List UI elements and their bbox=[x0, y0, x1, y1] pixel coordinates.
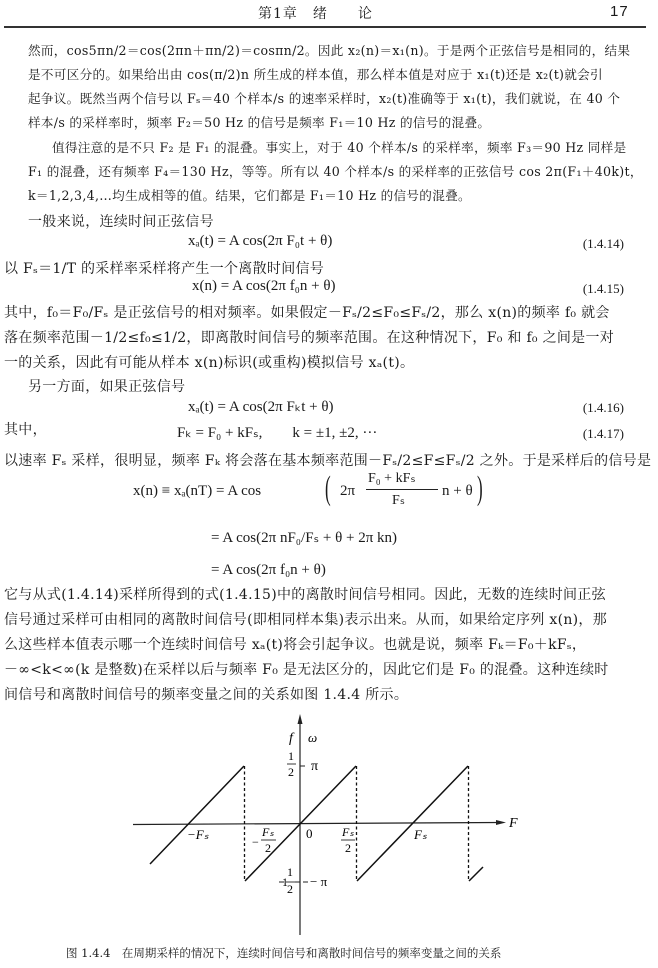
svg-text:2: 2 bbox=[288, 765, 294, 779]
text-line: 一的关系，因此有可能从样本 x(n)标识(或重构)模拟信号 xₐ(t)。 bbox=[4, 352, 414, 372]
equation-number: (1.4.17) bbox=[583, 426, 624, 442]
svg-text:2: 2 bbox=[265, 841, 271, 855]
text-line: 落在频率范围－1/2≤f₀≤1/2，即离散时间信号的频率范围。在这种情况下，F₀… bbox=[4, 327, 614, 347]
header-rule bbox=[4, 26, 646, 28]
equation-1-4-17: Fₖ = F₀ + kFₛ, k = ±1, ±2, ··· bbox=[177, 423, 377, 442]
derivation-line-3: = A cos(2π f₀n + θ) bbox=[211, 562, 326, 579]
svg-text:Fₛ: Fₛ bbox=[261, 825, 274, 839]
equation-number: (1.4.14) bbox=[583, 236, 624, 252]
fraction-denominator: Fₛ bbox=[392, 492, 405, 509]
fraction-numerator: F₀ + kFₛ bbox=[368, 470, 416, 487]
label-zero: 0 bbox=[306, 826, 313, 841]
equation-1-4-15: x(n) = A cos(2π f₀n + θ) bbox=[192, 278, 336, 295]
page-number: 17 bbox=[610, 3, 629, 20]
text-line: 然而，cos5πn/2＝cos(2πn＋πn/2)＝cosπn/2。因此 x₂(… bbox=[28, 40, 630, 59]
y-axis-arrow bbox=[298, 714, 303, 724]
text-line: 它与从式(1.4.14)采样所得到的式(1.4.15)中的离散时间信号相同。因此… bbox=[4, 584, 606, 604]
right-paren: ) bbox=[477, 470, 483, 508]
label-neg-Fs: −Fₛ bbox=[187, 827, 209, 842]
text-line: 值得注意的是不只 F₂ 是 F₁ 的混叠。事实上，对于 40 个样本/s 的采样… bbox=[52, 137, 626, 156]
text-line: k＝1,2,3,4,…均生成相等的值。结果，它们都是 F₁＝10 Hz 的信号的… bbox=[28, 185, 471, 204]
text-line: 么这些样本值表示哪一个连续时间信号 xₐ(t)将会引起争议。也就是说，频率 Fₖ… bbox=[4, 634, 586, 654]
equation-number: (1.4.15) bbox=[583, 281, 624, 297]
equation-1-4-16: xₐ(t) = A cos(2π Fₖt + θ) bbox=[188, 397, 334, 416]
x-axis-arrow bbox=[496, 820, 506, 825]
text-line: －∞<k<∞(k 是整数)在采样以后与频率 F₀ 是无法区分的，因此它们是 F₀… bbox=[4, 659, 609, 679]
svg-text:2: 2 bbox=[345, 841, 351, 855]
text-line: 其中， bbox=[4, 419, 47, 439]
figure-frequency-relation: f ω 1 2 π 1 1 2 − π −Fₛ 0 Fₛ F − Fₛ 2 Fₛ… bbox=[0, 700, 658, 945]
y-label-f: f bbox=[289, 731, 295, 746]
fraction-bar bbox=[366, 489, 438, 490]
chapter-title: 第1章 绪 论 bbox=[258, 3, 373, 23]
text-line: 另一方面，如果正弦信号 bbox=[28, 376, 185, 396]
text-line: 一般来说，连续时间正弦信号 bbox=[28, 211, 214, 231]
derivation-2pi: 2π bbox=[340, 483, 355, 500]
label-Fs: Fₛ bbox=[413, 827, 427, 842]
svg-text:Fₛ: Fₛ bbox=[341, 825, 354, 839]
text-line: 其中，f₀＝F₀/Fₛ 是正弦信号的相对频率。如果假定－Fₛ/2≤F₀≤Fₛ/2… bbox=[4, 302, 610, 322]
equation-1-4-14: xₐ(t) = A cos(2π F₀t + θ) bbox=[188, 233, 332, 250]
derivation-post: n + θ bbox=[442, 483, 473, 500]
label-F: F bbox=[508, 816, 518, 831]
text-line: 起争议。既然当两个信号以 Fₛ＝40 个样本/s 的速率采样时，x₂(t)准确等… bbox=[28, 88, 620, 107]
figure-caption: 图 1.4.4 在周期采样的情况下，连续时间信号和离散时间信号的频率变量之间的关… bbox=[66, 945, 501, 961]
label-neg-pi: − π bbox=[310, 874, 328, 889]
y-label-omega: ω bbox=[308, 730, 317, 745]
svg-text:−: − bbox=[252, 835, 259, 849]
text-line: 是不可区分的。如果给出由 cos(π/2)n 所生成的样本值，那么样本值是对应于… bbox=[28, 64, 603, 83]
text-line: F₁ 的混叠，还有频率 F₄＝130 Hz，等等。所有以 40 个样本/s 的采… bbox=[28, 161, 643, 180]
text-line: 信号通过采样可由相同的离散时间信号(即相同样本集)表示出来。从而，如果给定序列 … bbox=[4, 609, 607, 629]
left-paren: ( bbox=[325, 470, 331, 508]
text-line: 样本/s 的采样率时，频率 F₂＝50 Hz 的信号是频率 F₁＝10 Hz 的… bbox=[28, 112, 490, 131]
svg-text:1: 1 bbox=[288, 749, 294, 763]
text-line: 以 Fₛ＝1/T 的采样率采样将产生一个离散时间信号 bbox=[4, 258, 324, 278]
text-line: 以速率 Fₛ 采样，很明显，频率 Fₖ 将会落在基本频率范围－Fₛ/2≤F≤Fₛ… bbox=[4, 450, 651, 470]
derivation-line-2: = A cos(2π nF₀/Fₛ + θ + 2π kn) bbox=[211, 528, 397, 547]
equation-number: (1.4.16) bbox=[583, 400, 624, 416]
svg-text:2: 2 bbox=[287, 882, 293, 896]
derivation-lhs: x(n) ≡ xₐ(nT) = A cos bbox=[133, 483, 261, 500]
svg-text:1: 1 bbox=[287, 865, 293, 879]
label-pi: π bbox=[311, 759, 318, 774]
